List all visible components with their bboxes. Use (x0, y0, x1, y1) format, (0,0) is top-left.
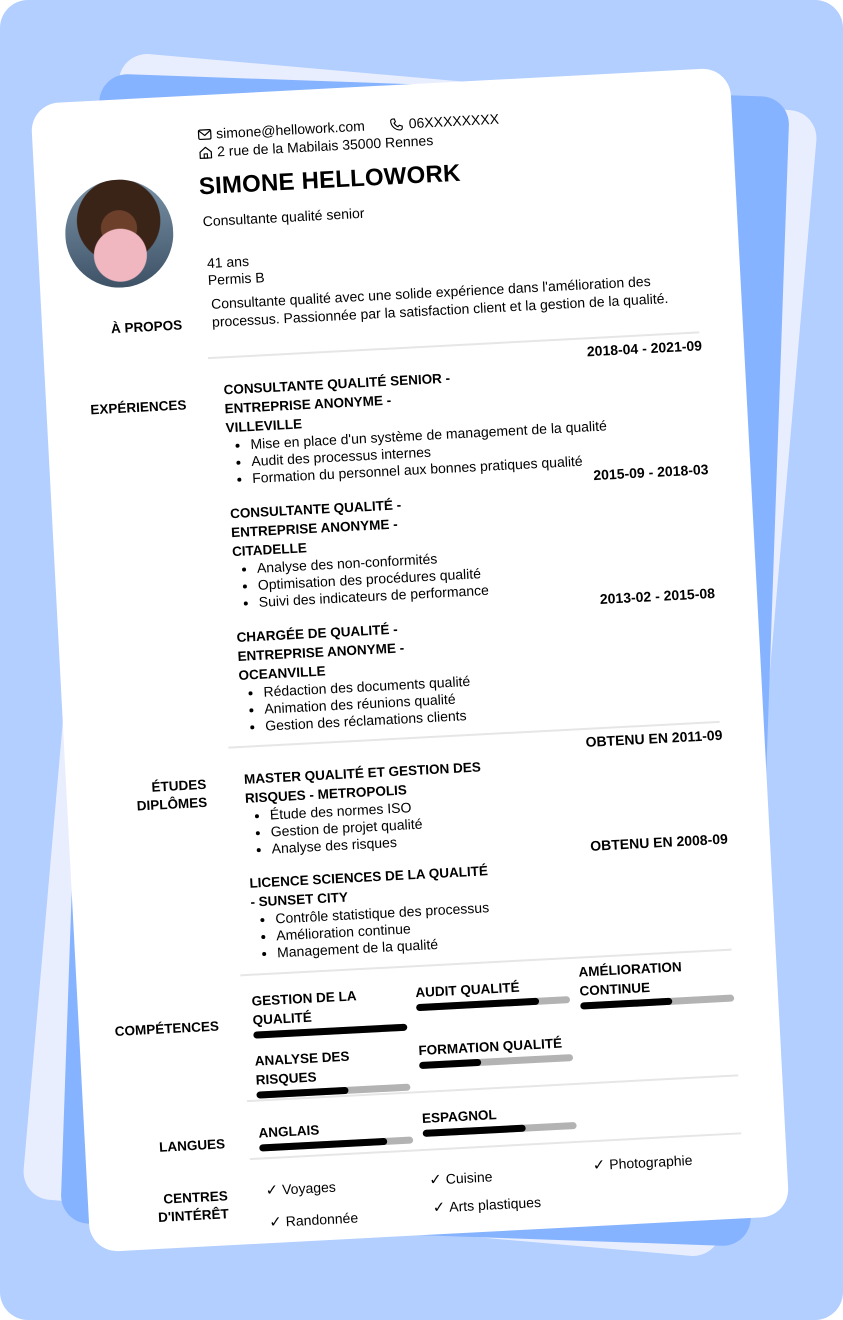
background-frame: simone@hellowork.com 06XXXXXXXX 2 rue de… (0, 0, 843, 1320)
education-date: OBTENU EN 2011-09 (585, 727, 723, 750)
section-label-interests: CENTRES D'INTÉRÊT (88, 1187, 230, 1230)
job-title: Consultante qualité senior (202, 205, 365, 229)
about-text: Consultante qualité avec une solide expé… (211, 270, 692, 331)
contact-info: simone@hellowork.com 06XXXXXXXX 2 rue de… (196, 110, 501, 162)
personal-details: 41 ans Permis B (207, 252, 265, 289)
section-label-languages: LANGUES (85, 1135, 226, 1160)
experience-date: 2018-04 - 2021-09 (586, 337, 702, 359)
envelope-icon (196, 126, 213, 143)
interest-item: ✓ Arts plastiques (432, 1193, 541, 1217)
skill-item: Analyse des risques (254, 1044, 410, 1099)
profile-photo (63, 177, 177, 291)
skill-item: Amélioration continue (578, 955, 734, 1010)
checkmark-icon: ✓ (592, 1155, 606, 1174)
phone-icon (388, 116, 405, 133)
experience-entry: 2013-02 - 2015-08 Chargée de qualité - E… (236, 603, 721, 736)
education-entry: OBTENU EN 2008-09 Licence sciences de la… (249, 849, 733, 963)
skill-item: Audit qualité (415, 975, 570, 1011)
section-label-skills: COMPÉTENCES (79, 1018, 220, 1043)
skill-item: Formation qualité (418, 1033, 573, 1069)
section-label-experiences: EXPÉRIENCES (46, 396, 187, 421)
interest-item: ✓ Photographie (592, 1151, 693, 1174)
checkmark-icon: ✓ (269, 1212, 283, 1231)
candidate-name: SIMONE HELLOWORK (198, 160, 461, 202)
interest-item: ✓ Cuisine (429, 1167, 493, 1188)
driving-license: Permis B (207, 269, 265, 289)
language-item: Espagnol (422, 1101, 577, 1137)
section-label-education: ÉTUDES DIPLÔMES (66, 776, 208, 819)
resume-card: simone@hellowork.com 06XXXXXXXX 2 rue de… (30, 67, 789, 1252)
language-item: Anglais (258, 1116, 413, 1152)
section-label-about: À PROPOS (42, 316, 183, 341)
checkmark-icon: ✓ (265, 1181, 279, 1200)
checkmark-icon: ✓ (429, 1170, 443, 1189)
home-icon (197, 144, 214, 161)
checkmark-icon: ✓ (432, 1198, 446, 1217)
skill-item: Gestion de la qualité (251, 984, 407, 1039)
interest-item: ✓ Voyages (265, 1178, 336, 1200)
interest-item: ✓ Randonnée (269, 1208, 359, 1231)
